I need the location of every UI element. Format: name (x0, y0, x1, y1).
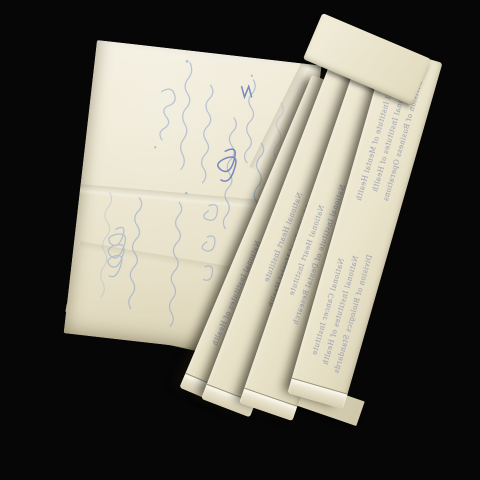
photo-canvas: National Institutes of Health National H… (0, 0, 480, 480)
